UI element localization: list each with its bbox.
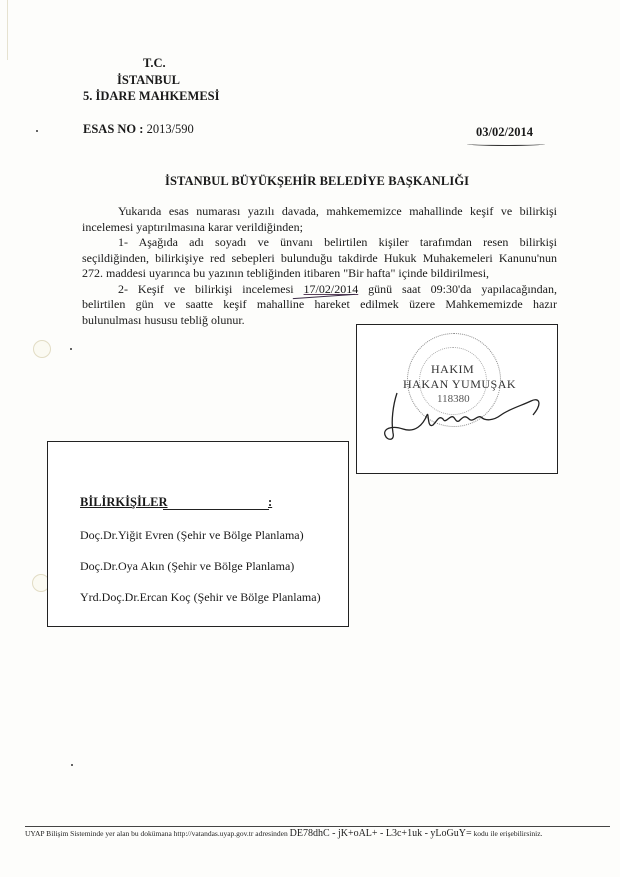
experts-box: BİLİRKİŞİLER : Doç.Dr.Yiğit Evren (Şehir… <box>47 441 349 627</box>
case-number-value: 2013/590 <box>147 122 194 136</box>
verification-code: DE78dhC - jK+oAL+ - L3c+1uk - yLoGuY= <box>290 828 472 839</box>
recipient-title: İSTANBUL BÜYÜKŞEHİR BELEDİYE BAŞKANLIĞI <box>165 174 469 189</box>
expert-item: Doç.Dr.Yiğit Evren (Şehir ve Bölge Planl… <box>80 528 304 543</box>
date-handwritten-underline <box>467 142 545 146</box>
footer-verification: UYAP Bilişim Sisteminde yer alan bu dokü… <box>25 828 620 839</box>
paragraph-2-line-2: seçildiğinden, bilirkişiye red sebepleri… <box>82 251 557 266</box>
judge-title: HAKIM <box>431 362 474 377</box>
signature-box: HAKIM HAKAN YUMUŞAK 118380 <box>356 324 558 474</box>
court-name: 5. İDARE MAHKEMESİ <box>83 89 219 104</box>
paragraph-2-line-3: 272. maddesi uyarınca bu yazının tebliği… <box>82 266 557 281</box>
paragraph-1-line-1: Yukarıda esas numarası yazılı davada, ma… <box>82 204 557 219</box>
experts-heading: BİLİRKİŞİLER <box>80 495 168 510</box>
inspection-intro: 2- Keşif ve bilirkişi incelemesi <box>118 282 294 296</box>
handwritten-signature-icon <box>383 385 553 445</box>
page-edge <box>7 0 8 60</box>
country-label: T.C. <box>143 56 166 71</box>
paragraph-2-line-1: 1- Aşağıda adı soyadı ve ünvanı belirtil… <box>82 235 557 250</box>
city-label: İSTANBUL <box>117 73 180 88</box>
case-number-label: ESAS NO : <box>83 122 143 136</box>
paragraph-1-line-2: incelemesi yaptırılmasına karar verildiğ… <box>82 220 557 235</box>
scan-speck <box>36 130 38 132</box>
document-body: Yukarıda esas numarası yazılı davada, ma… <box>82 204 557 328</box>
footer-suffix: kodu ile erişebilirsiniz. <box>473 829 542 838</box>
experts-heading-rule <box>163 509 269 510</box>
case-number: ESAS NO : 2013/590 <box>83 122 194 137</box>
experts-colon: : <box>268 495 272 510</box>
footer-rule <box>25 826 610 827</box>
scan-speck <box>71 764 73 766</box>
punch-hole <box>33 340 51 358</box>
inspection-time: günü saat 09:30'da yapılacağından, <box>368 282 557 296</box>
paragraph-3-line-1: 2- Keşif ve bilirkişi incelemesi 17/02/2… <box>82 282 557 297</box>
scan-speck <box>70 348 72 350</box>
expert-item: Doç.Dr.Oya Akın (Şehir ve Bölge Planlama… <box>80 559 294 574</box>
expert-item: Yrd.Doç.Dr.Ercan Koç (Şehir ve Bölge Pla… <box>80 590 321 605</box>
footer-prefix: UYAP Bilişim Sisteminde yer alan bu dokü… <box>25 829 288 838</box>
document-date: 03/02/2014 <box>476 125 533 140</box>
